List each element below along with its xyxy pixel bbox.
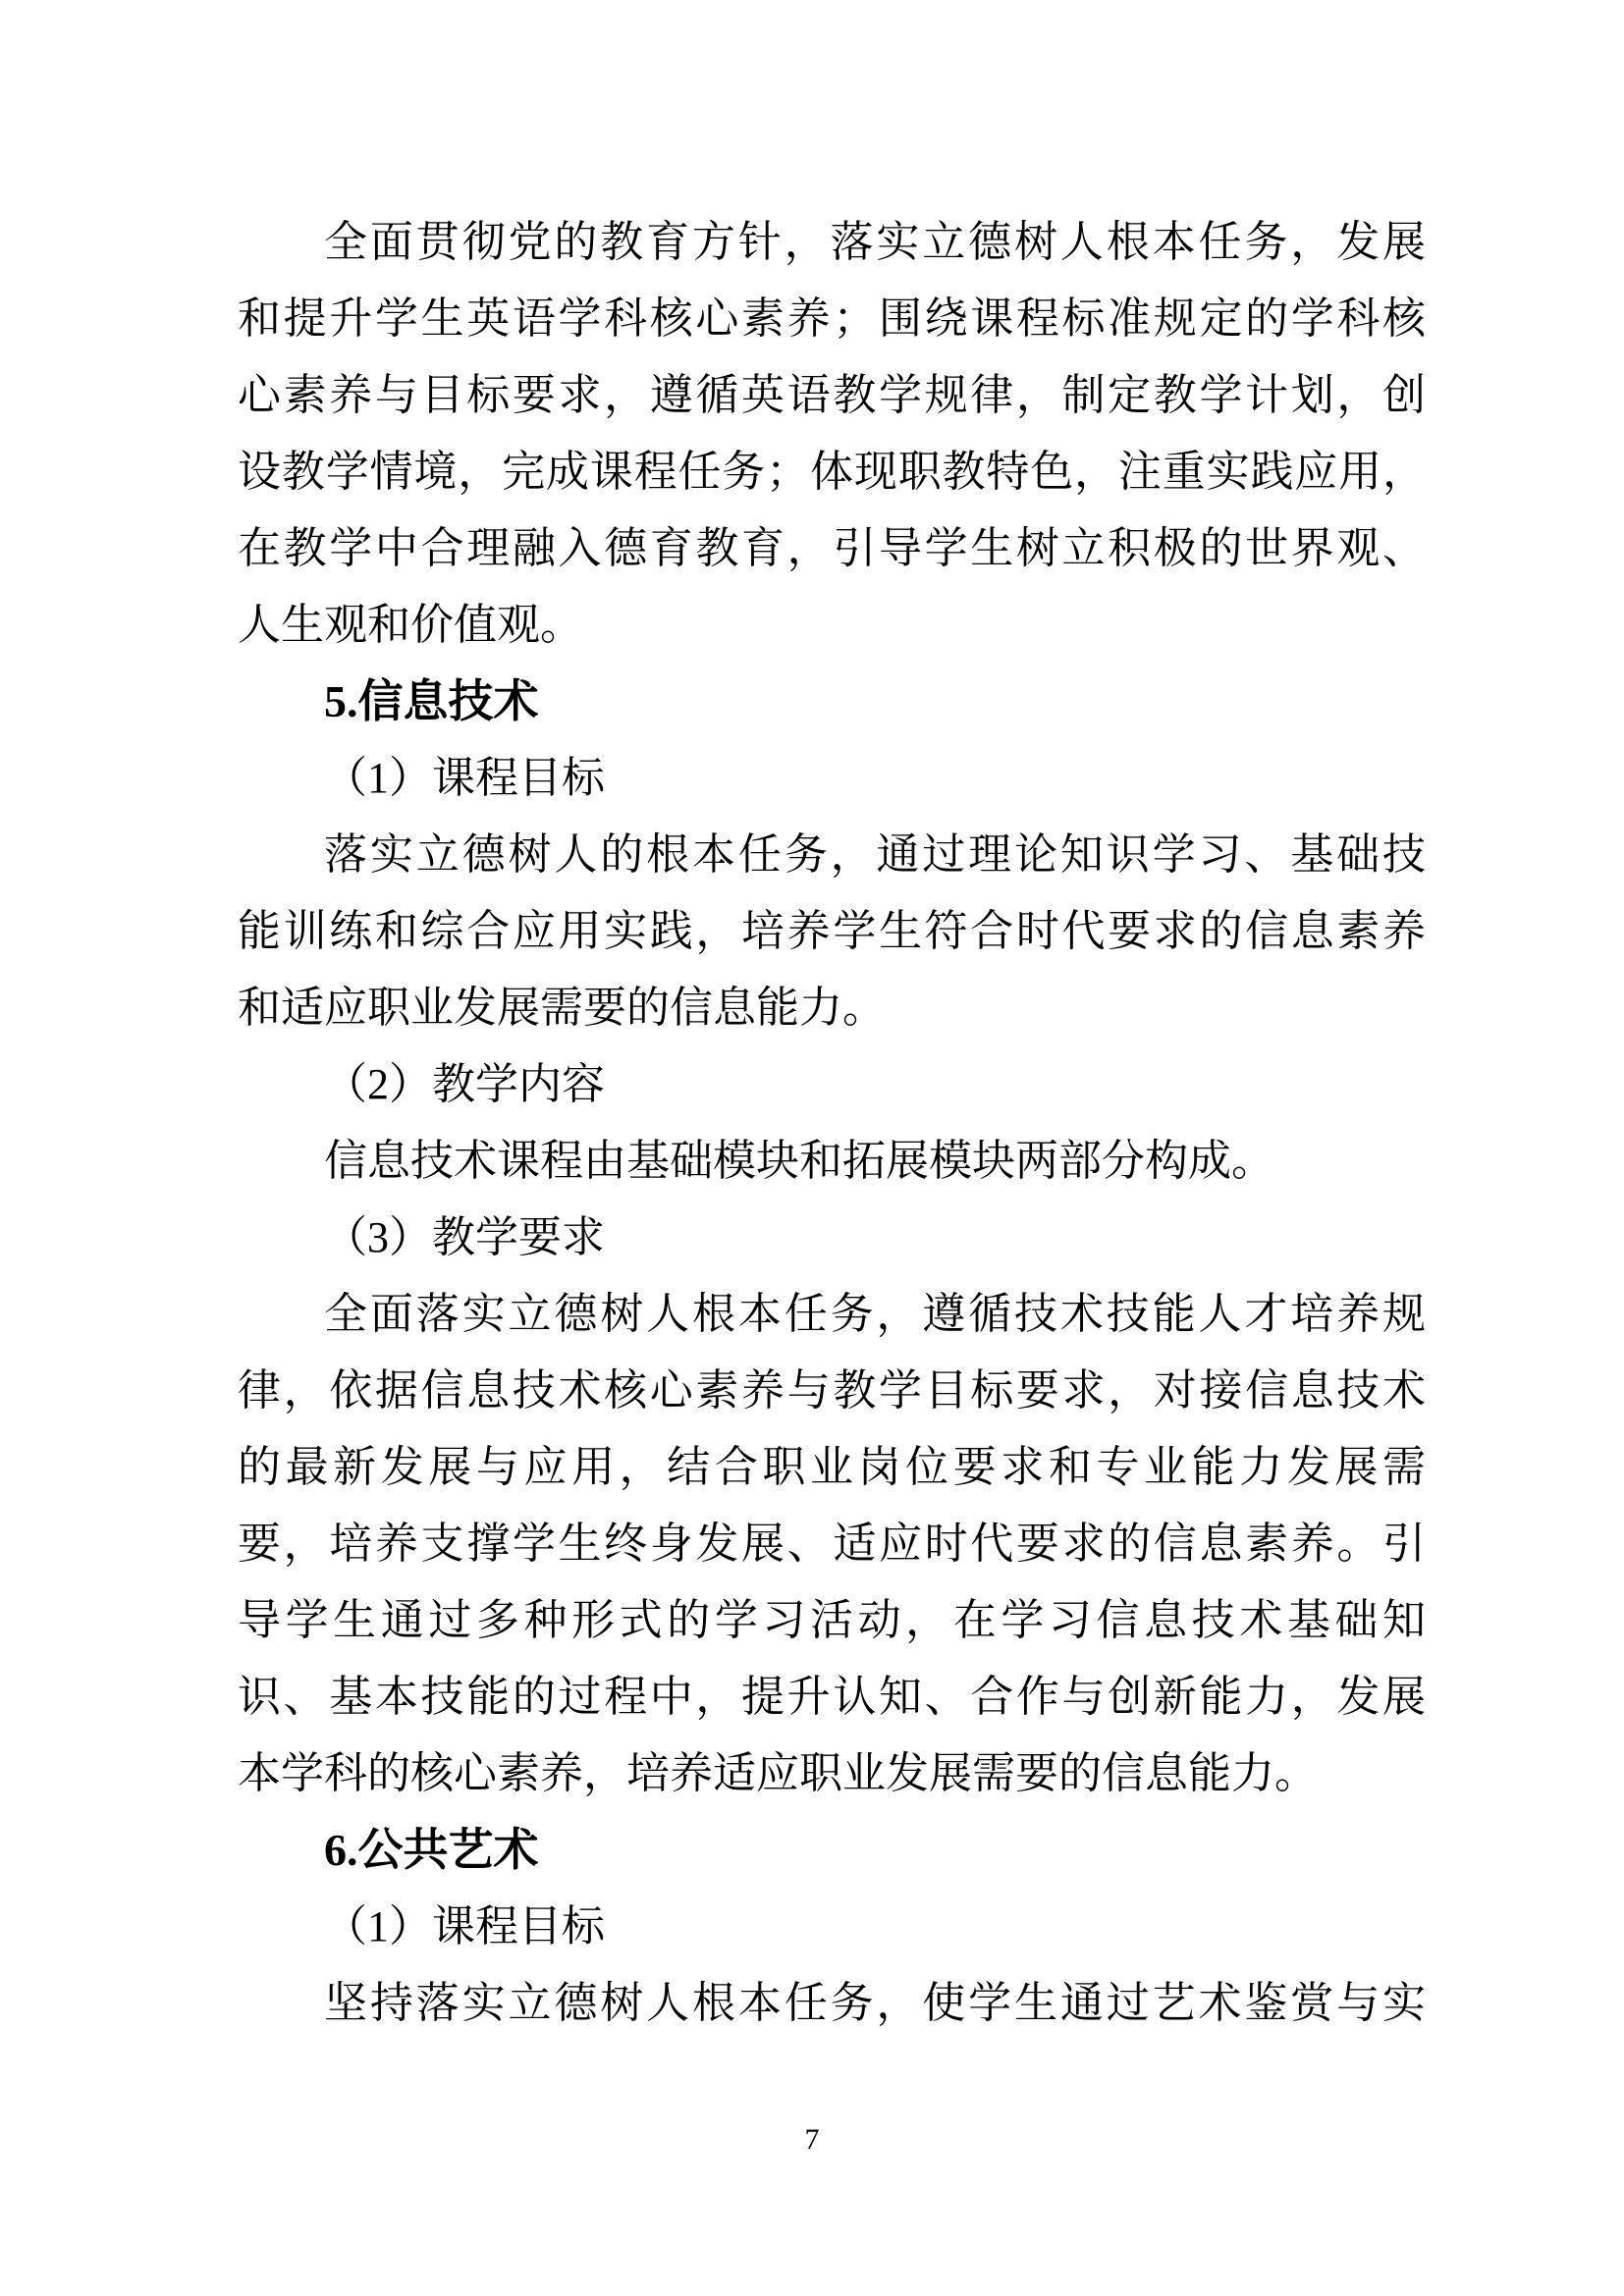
paragraph-line: 坚持落实立德树人根本任务，使学生通过艺术鉴赏与实 [238, 1965, 1426, 2042]
paragraph-line: 的最新发展与应用，结合职业岗位要求和专业能力发展需 [238, 1429, 1426, 1506]
paragraph-line: 律，依据信息技术核心素养与教学目标要求，对接信息技术 [238, 1353, 1426, 1429]
paragraph-line: 心素养与目标要求，遵循英语教学规律，制定教学计划，创 [238, 357, 1426, 434]
paragraph-line: 落实立德树人的根本任务，通过理论知识学习、基础技 [238, 817, 1426, 893]
section-heading-5-information-technology: 5.信息技术 [238, 664, 1426, 740]
subsection-heading-teaching-content: （2）教学内容 [238, 1046, 1426, 1123]
paragraph-line: 识、基本技能的过程中，提升认知、合作与创新能力，发展 [238, 1659, 1426, 1735]
paragraph-line: 信息技术课程由基础模块和拓展模块两部分构成。 [238, 1123, 1426, 1200]
paragraph-line: 和适应职业发展需要的信息能力。 [238, 970, 1426, 1046]
subsection-heading-course-objectives: （1）课程目标 [238, 740, 1426, 817]
paragraph-line: 和提升学生英语学科核心素养；围绕课程标准规定的学科核 [238, 281, 1426, 357]
text-block: 全面贯彻党的教育方针，落实立德树人根本任务，发展 和提升学生英语学科核心素养；围… [238, 204, 1426, 2042]
paragraph-line: 全面落实立德树人根本任务，遵循技术技能人才培养规 [238, 1276, 1426, 1353]
paragraph-line: 能训练和综合应用实践，培养学生符合时代要求的信息素养 [238, 893, 1426, 970]
subsection-heading-course-objectives: （1）课程目标 [238, 1889, 1426, 1965]
page-number: 7 [0, 2120, 1624, 2160]
paragraph-line: 在教学中合理融入德育教育，引导学生树立积极的世界观、 [238, 510, 1426, 587]
paragraph-line: 人生观和价值观。 [238, 587, 1426, 664]
paragraph-line: 设教学情境，完成课程任务；体现职教特色，注重实践应用， [238, 434, 1426, 510]
paragraph-line: 本学科的核心素养，培养适应职业发展需要的信息能力。 [238, 1735, 1426, 1812]
subsection-heading-teaching-requirements: （3）教学要求 [238, 1200, 1426, 1276]
paragraph-line: 全面贯彻党的教育方针，落实立德树人根本任务，发展 [238, 204, 1426, 281]
paragraph-line: 要，培养支撑学生终身发展、适应时代要求的信息素养。引 [238, 1506, 1426, 1582]
section-heading-6-public-art: 6.公共艺术 [238, 1812, 1426, 1889]
document-page: 全面贯彻党的教育方针，落实立德树人根本任务，发展 和提升学生英语学科核心素养；围… [0, 0, 1624, 2296]
paragraph-line: 导学生通过多种形式的学习活动，在学习信息技术基础知 [238, 1582, 1426, 1659]
